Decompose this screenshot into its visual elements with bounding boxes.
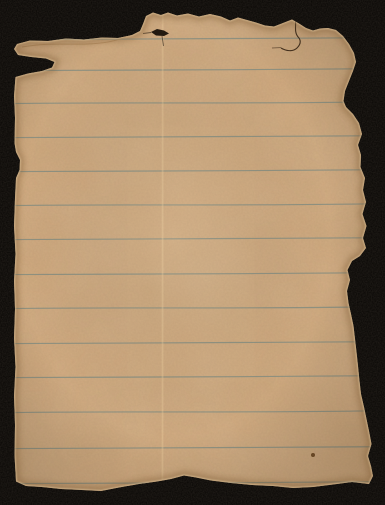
- paper-surface: [0, 0, 385, 505]
- photo-frame: [0, 0, 385, 505]
- torn-paper-photo: [0, 0, 385, 505]
- vignette: [0, 0, 385, 505]
